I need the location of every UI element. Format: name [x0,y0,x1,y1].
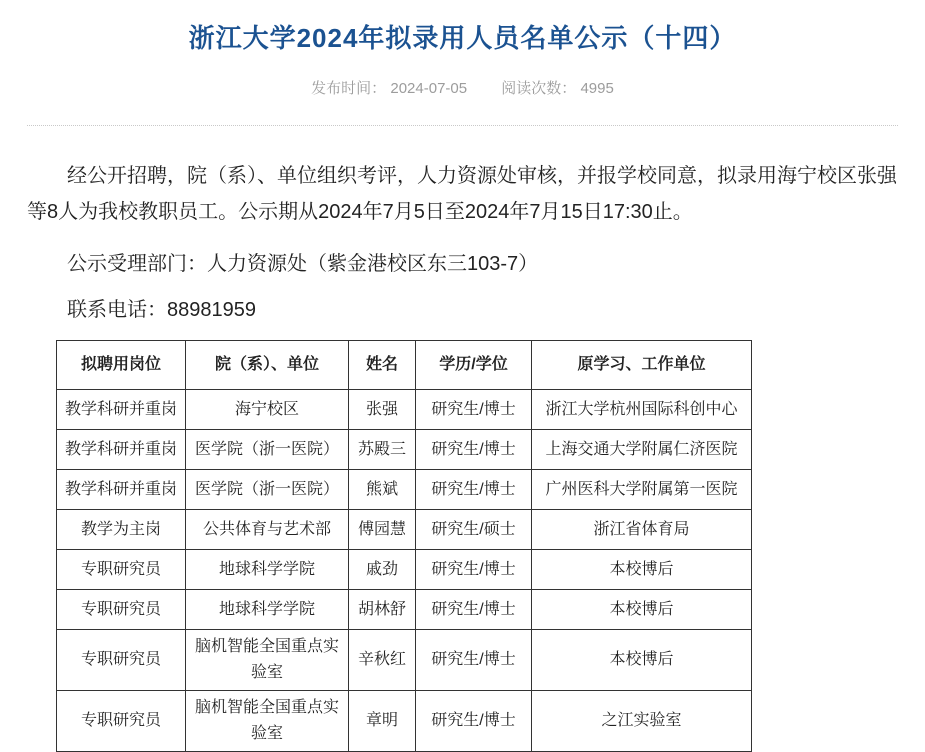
cell-name: 胡林舒 [349,590,416,630]
announcement-page: 浙江大学2024年拟录用人员名单公示（十四） 发布时间： 2024-07-05 … [27,18,898,752]
cell-unit: 医学院（浙一医院） [186,430,349,470]
cell-origin: 浙江大学杭州国际科创中心 [532,390,752,430]
views-count: 4995 [580,80,613,97]
cell-position: 教学为主岗 [57,510,186,550]
meta-line: 发布时间： 2024-07-05 阅读次数： 4995 [27,77,898,98]
col-header-name: 姓名 [349,341,416,390]
cell-origin: 浙江省体育局 [532,510,752,550]
cell-origin: 广州医科大学附属第一医院 [532,470,752,510]
cell-name: 傅园慧 [349,510,416,550]
cell-unit: 地球科学学院 [186,590,349,630]
cell-unit: 地球科学学院 [186,550,349,590]
cell-degree: 研究生/博士 [416,630,532,691]
cell-degree: 研究生/博士 [416,590,532,630]
cell-position: 教学科研并重岗 [57,390,186,430]
cell-degree: 研究生/博士 [416,691,532,752]
col-header-position: 拟聘用岗位 [57,341,186,390]
page-title: 浙江大学2024年拟录用人员名单公示（十四） [27,18,898,55]
cell-origin: 本校博后 [532,550,752,590]
table-row: 教学科研并重岗海宁校区张强研究生/博士浙江大学杭州国际科创中心 [57,390,752,430]
cell-degree: 研究生/博士 [416,390,532,430]
cell-name: 熊斌 [349,470,416,510]
paragraph-intro: 经公开招聘，院（系）、单位组织考评，人力资源处审核，并报学校同意，拟录用海宁校区… [27,158,898,230]
col-header-origin: 原学习、工作单位 [532,341,752,390]
table-row: 教学科研并重岗医学院（浙一医院）苏殿三研究生/博士上海交通大学附属仁济医院 [57,430,752,470]
cell-origin: 上海交通大学附属仁济医院 [532,430,752,470]
cell-unit: 公共体育与艺术部 [186,510,349,550]
table-row: 教学科研并重岗医学院（浙一医院）熊斌研究生/博士广州医科大学附属第一医院 [57,470,752,510]
publish-time: 发布时间： 2024-07-05 [311,77,467,98]
cell-position: 教学科研并重岗 [57,470,186,510]
cell-origin: 之江实验室 [532,691,752,752]
table-body: 教学科研并重岗海宁校区张强研究生/博士浙江大学杭州国际科创中心教学科研并重岗医学… [57,390,752,752]
table-row: 专职研究员地球科学学院戚劲研究生/博士本校博后 [57,550,752,590]
cell-origin: 本校博后 [532,630,752,691]
paragraph-phone: 联系电话：88981959 [27,292,898,328]
cell-position: 教学科研并重岗 [57,430,186,470]
cell-name: 戚劲 [349,550,416,590]
views-label: 阅读次数： [501,80,576,97]
paragraph-department: 公示受理部门：人力资源处（紫金港校区东三103-7） [27,246,898,282]
cell-position: 专职研究员 [57,691,186,752]
table-row: 专职研究员脑机智能全国重点实验室章明研究生/博士之江实验室 [57,691,752,752]
col-header-unit: 院（系）、单位 [186,341,349,390]
table-row: 教学为主岗公共体育与艺术部傅园慧研究生/硕士浙江省体育局 [57,510,752,550]
cell-name: 章明 [349,691,416,752]
publish-label: 发布时间： [311,80,386,97]
table-row: 专职研究员地球科学学院胡林舒研究生/博士本校博后 [57,590,752,630]
cell-position: 专职研究员 [57,550,186,590]
cell-unit: 脑机智能全国重点实验室 [186,691,349,752]
cell-degree: 研究生/硕士 [416,510,532,550]
table-row: 专职研究员脑机智能全国重点实验室辛秋红研究生/博士本校博后 [57,630,752,691]
cell-position: 专职研究员 [57,630,186,691]
cell-origin: 本校博后 [532,590,752,630]
cell-unit: 脑机智能全国重点实验室 [186,630,349,691]
hiring-table: 拟聘用岗位 院（系）、单位 姓名 学历/学位 原学习、工作单位 教学科研并重岗海… [56,340,752,752]
announcement-content: 经公开招聘，院（系）、单位组织考评，人力资源处审核，并报学校同意，拟录用海宁校区… [27,126,898,752]
cell-name: 苏殿三 [349,430,416,470]
cell-position: 专职研究员 [57,590,186,630]
cell-name: 辛秋红 [349,630,416,691]
read-count: 阅读次数： 4995 [501,77,614,98]
col-header-degree: 学历/学位 [416,341,532,390]
cell-degree: 研究生/博士 [416,470,532,510]
cell-name: 张强 [349,390,416,430]
publish-date: 2024-07-05 [390,80,467,97]
table-header-row: 拟聘用岗位 院（系）、单位 姓名 学历/学位 原学习、工作单位 [57,341,752,390]
cell-degree: 研究生/博士 [416,430,532,470]
cell-unit: 海宁校区 [186,390,349,430]
cell-degree: 研究生/博士 [416,550,532,590]
cell-unit: 医学院（浙一医院） [186,470,349,510]
